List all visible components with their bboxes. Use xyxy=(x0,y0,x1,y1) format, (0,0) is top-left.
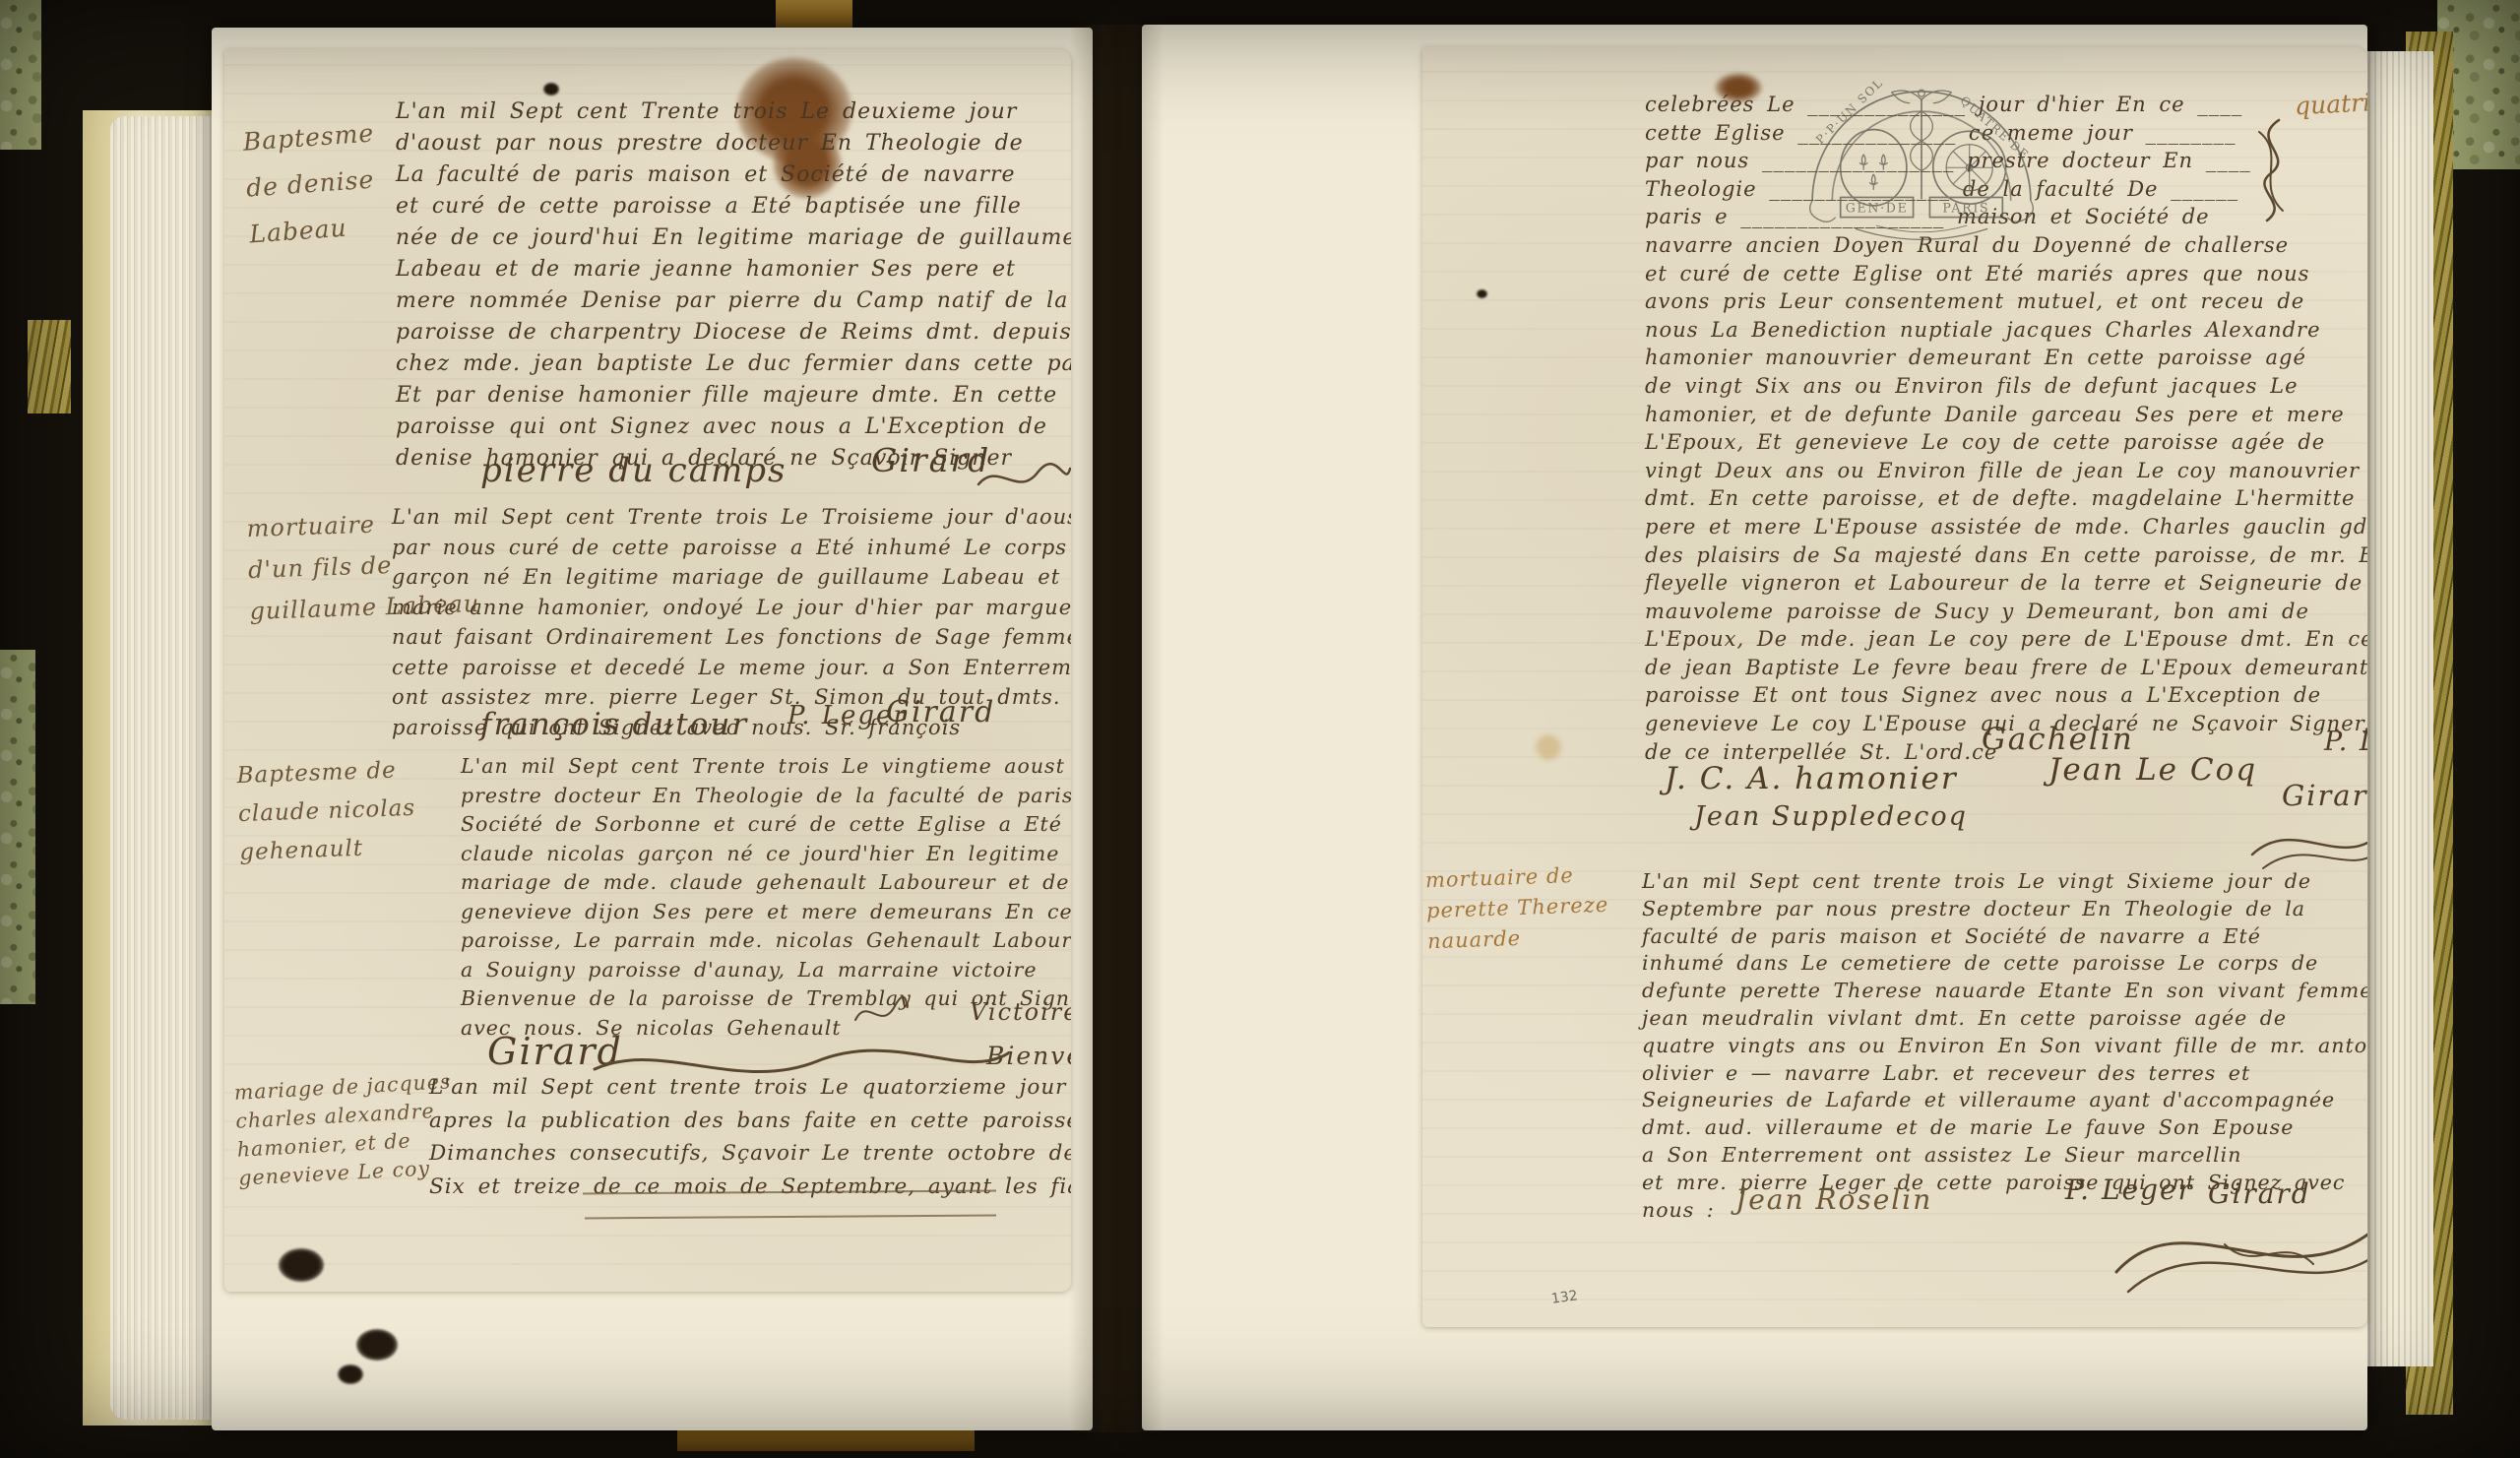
signature-flourish xyxy=(851,992,911,1037)
manuscript-line: fleyelle vigneron et Laboureur de la ter… xyxy=(1645,569,2367,598)
signature: pierre du camps xyxy=(480,451,787,490)
manuscript-line: avons pris Leur consentement mutuel, et … xyxy=(1645,287,2367,316)
marbled-endpaper-top-left xyxy=(0,0,41,150)
manuscript-line: dmt. aud. villeraume et de marie Le fauv… xyxy=(1642,1114,2367,1142)
manuscript-line: Septembre par nous prestre docteur En Th… xyxy=(1642,896,2367,923)
signature: Jean Suppledecoq xyxy=(1694,801,1968,832)
manuscript-line: L'an mil Sept cent Trente trois Le deuxi… xyxy=(396,96,1071,128)
signature: P. Leger xyxy=(2065,1173,2193,1206)
manuscript-line: L'an mil Sept cent trente trois Le quato… xyxy=(429,1071,1071,1105)
manuscript-line: paroisse, Le parrain mde. nicolas Gehena… xyxy=(461,926,1071,956)
manuscript-line: L'an mil Sept cent Trente trois Le vingt… xyxy=(461,752,1071,782)
manuscript-line: paroisse de charpentry Diocese de Reims … xyxy=(396,317,1071,349)
manuscript-line: prestre docteur En Theologie de la facul… xyxy=(461,782,1071,811)
marbled-fragment-left xyxy=(28,320,71,413)
manuscript-line: d'aoust par nous prestre docteur En Theo… xyxy=(396,128,1071,159)
manuscript-line: mauvoleme paroisse de Sucy y Demeurant, … xyxy=(1645,598,2367,626)
margin-note-line: Labeau xyxy=(248,202,382,257)
photograph-open-register-book: Baptesmede deniseLabeau L'an mil Sept ce… xyxy=(0,0,2520,1458)
manuscript-line: Société de Sorbonne et curé de cette Egl… xyxy=(461,810,1071,840)
manuscript-line: paroisse Et ont tous Signez avec nous a … xyxy=(1645,681,2367,710)
manuscript-line: cette paroisse et decedé Le meme jour. a… xyxy=(392,653,1071,683)
page-block-edge-right xyxy=(2359,51,2433,1366)
margin-note-line: claude nicolas xyxy=(237,790,415,834)
stamp-arc-right-text: QUATRE·DE xyxy=(1958,94,2033,162)
manuscript-line: hamonier manouvrier demeurant En cette p… xyxy=(1645,344,2367,372)
signature: Jean Roselin xyxy=(1735,1183,1932,1216)
margin-note-line: de denise xyxy=(245,156,379,211)
manuscript-line: née de ce jourd'hui En legitime mariage … xyxy=(396,222,1071,254)
manuscript-line: nous La Benediction nuptiale jacques Cha… xyxy=(1645,316,2367,345)
manuscript-line: faculté de paris maison et Société de na… xyxy=(1642,923,2367,951)
ink-speck xyxy=(1477,289,1487,298)
left-manuscript-leaf: Baptesmede deniseLabeau L'an mil Sept ce… xyxy=(224,49,1071,1292)
right-manuscript-leaf: celebrées Le ______________ jour d'hier … xyxy=(1422,47,2367,1327)
manuscript-line: inhumé dans Le cemetiere de cette parois… xyxy=(1642,950,2367,978)
manuscript-line: L'an mil Sept cent Trente trois Le Trois… xyxy=(392,502,1071,533)
margin-note-line: gehenault xyxy=(239,828,417,872)
ink-speck xyxy=(543,83,559,95)
manuscript-line: jean meudralin vivlant dmt. En cette par… xyxy=(1642,1005,2367,1033)
manuscript-line: hamonier, et de defunte Danile garceau S… xyxy=(1645,401,2367,429)
ink-blot xyxy=(356,1329,398,1361)
entry-text-marriage-start: L'an mil Sept cent trente trois Le quato… xyxy=(429,1071,1071,1203)
manuscript-line: a Son Enterrement ont assistez Le Sieur … xyxy=(1642,1142,2367,1170)
manuscript-line: des plaisirs de Sa majesté dans En cette… xyxy=(1645,541,2367,570)
entry-text-baptism-denise: L'an mil Sept cent Trente trois Le deuxi… xyxy=(396,96,1071,475)
manuscript-line: paroisse qui ont Signez avec nous a L'Ex… xyxy=(396,412,1071,443)
margin-note: Baptesmede deniseLabeau xyxy=(241,110,382,258)
signature: P. Luyette xyxy=(2324,727,2367,757)
manuscript-line: mariage de mde. claude gehenault Laboure… xyxy=(461,868,1071,898)
marbled-endpaper-left-middle xyxy=(0,650,35,1004)
margin-note: mariage de jacquescharles alexandrehamon… xyxy=(233,1067,457,1192)
manuscript-line: pere et mere L'Epouse assistée de mde. C… xyxy=(1645,513,2367,541)
margin-note-line: perette Thereze xyxy=(1426,890,1609,926)
manuscript-line: Et par denise hamonier fille majeure dmt… xyxy=(396,380,1071,412)
margin-note: mortuaire deperette Therezenauarde xyxy=(1424,859,1609,957)
manuscript-line: a Souigny paroisse d'aunay, La marraine … xyxy=(461,956,1071,985)
pencil-folio-number: 132 xyxy=(1550,1288,1579,1307)
manuscript-line: et curé de cette Eglise ont Eté mariés a… xyxy=(1645,260,2367,288)
manuscript-line: Dimanches consecutifs, Sçavoir Le trente… xyxy=(429,1137,1071,1171)
ruled-line xyxy=(585,1215,996,1220)
signature: Victoire Bienvenue xyxy=(970,998,1071,1026)
left-page: Baptesmede deniseLabeau L'an mil Sept ce… xyxy=(212,28,1093,1430)
manuscript-line: Six et treize de ce mois de Septembre, a… xyxy=(429,1171,1071,1204)
manuscript-line: naut faisant Ordinairement Les fonctions… xyxy=(392,622,1071,653)
notarial-paraph xyxy=(2237,116,2306,224)
manuscript-line: L'Epoux, De mde. jean Le coy pere de L'E… xyxy=(1645,625,2367,654)
signature: Girard xyxy=(886,695,995,729)
manuscript-line: de jean Baptiste Le fevre beau frere de … xyxy=(1645,654,2367,682)
manuscript-line: La faculté de paris maison et Société de… xyxy=(396,159,1071,191)
manuscript-line: par nous curé de cette paroisse a Eté in… xyxy=(392,533,1071,563)
manuscript-line: mere nommée Denise par pierre du Camp na… xyxy=(396,285,1071,317)
manuscript-line: dmt. En cette paroisse, et de defte. mag… xyxy=(1645,484,2367,513)
signature: Girard xyxy=(871,441,990,479)
manuscript-line: et curé de cette paroisse a Eté baptisée… xyxy=(396,191,1071,222)
manuscript-line: L'Epoux, Et genevieve Le coy de cette pa… xyxy=(1645,428,2367,457)
manuscript-line: Seigneuries de Lafarde et villeraume aya… xyxy=(1642,1087,2367,1114)
ink-blot xyxy=(279,1248,324,1282)
margin-note-line: Baptesme de xyxy=(236,751,414,795)
manuscript-line: defunte perette Therese nauarde Etante E… xyxy=(1642,978,2367,1005)
manuscript-line: chez mde. jean baptiste Le duc fermier d… xyxy=(396,349,1071,380)
signature-flourish xyxy=(975,455,1071,504)
manuscript-line: garçon né En legitime mariage de guillau… xyxy=(392,562,1071,593)
manuscript-line: claude nicolas garçon né ce jourd'hier E… xyxy=(461,840,1071,869)
manuscript-line: quatre vingts ans ou Environ En Son viva… xyxy=(1642,1033,2367,1060)
signature: J. C. A. hamonier xyxy=(1665,761,1958,796)
manuscript-line: de vingt Six ans ou Environ fils de defu… xyxy=(1645,372,2367,401)
manuscript-line: marie anne hamonier, ondoyé Le jour d'hi… xyxy=(392,593,1071,623)
tax-stamp-generalite-de-paris: P·P·UN SOL QUATRE·DE GEN·DE PARIS xyxy=(1797,75,2046,242)
manuscript-line: vingt Deux ans ou Environ fille de jean … xyxy=(1645,457,2367,485)
stamp-banner-left-text: GEN·DE xyxy=(1846,201,1909,216)
manuscript-line: L'an mil Sept cent trente trois Le vingt… xyxy=(1642,868,2367,896)
signature: françois dutour xyxy=(480,707,748,742)
signature: Girard xyxy=(2208,1177,2311,1210)
ink-blot xyxy=(338,1364,363,1384)
paper-stain xyxy=(1534,732,1563,762)
right-page: celebrées Le ______________ jour d'hier … xyxy=(1142,25,2367,1430)
entry-text-burial-perette: L'an mil Sept cent trente trois Le vingt… xyxy=(1642,868,2367,1224)
manuscript-line: genevieve dijon Ses pere et mere demeura… xyxy=(461,898,1071,927)
margin-note-line: nauarde xyxy=(1427,920,1610,957)
signature: Girard xyxy=(2282,779,2367,812)
stamp-arc-left-text: P·P·UN SOL xyxy=(1813,76,1886,147)
signature: Jean Le Coq xyxy=(2048,752,2257,788)
manuscript-line: apres la publication des bans faite en c… xyxy=(429,1105,1071,1138)
signature-flourish xyxy=(2107,1215,2367,1308)
margin-note: Baptesme declaude nicolasgehenault xyxy=(236,751,417,872)
manuscript-line: Labeau et de marie jeanne hamonier Ses p… xyxy=(396,254,1071,285)
manuscript-line: olivier e — navarre Labr. et receveur de… xyxy=(1642,1060,2367,1088)
stamp-banner-right-text: PARIS xyxy=(1942,201,1989,216)
page-block-fore-edge xyxy=(110,116,226,1420)
